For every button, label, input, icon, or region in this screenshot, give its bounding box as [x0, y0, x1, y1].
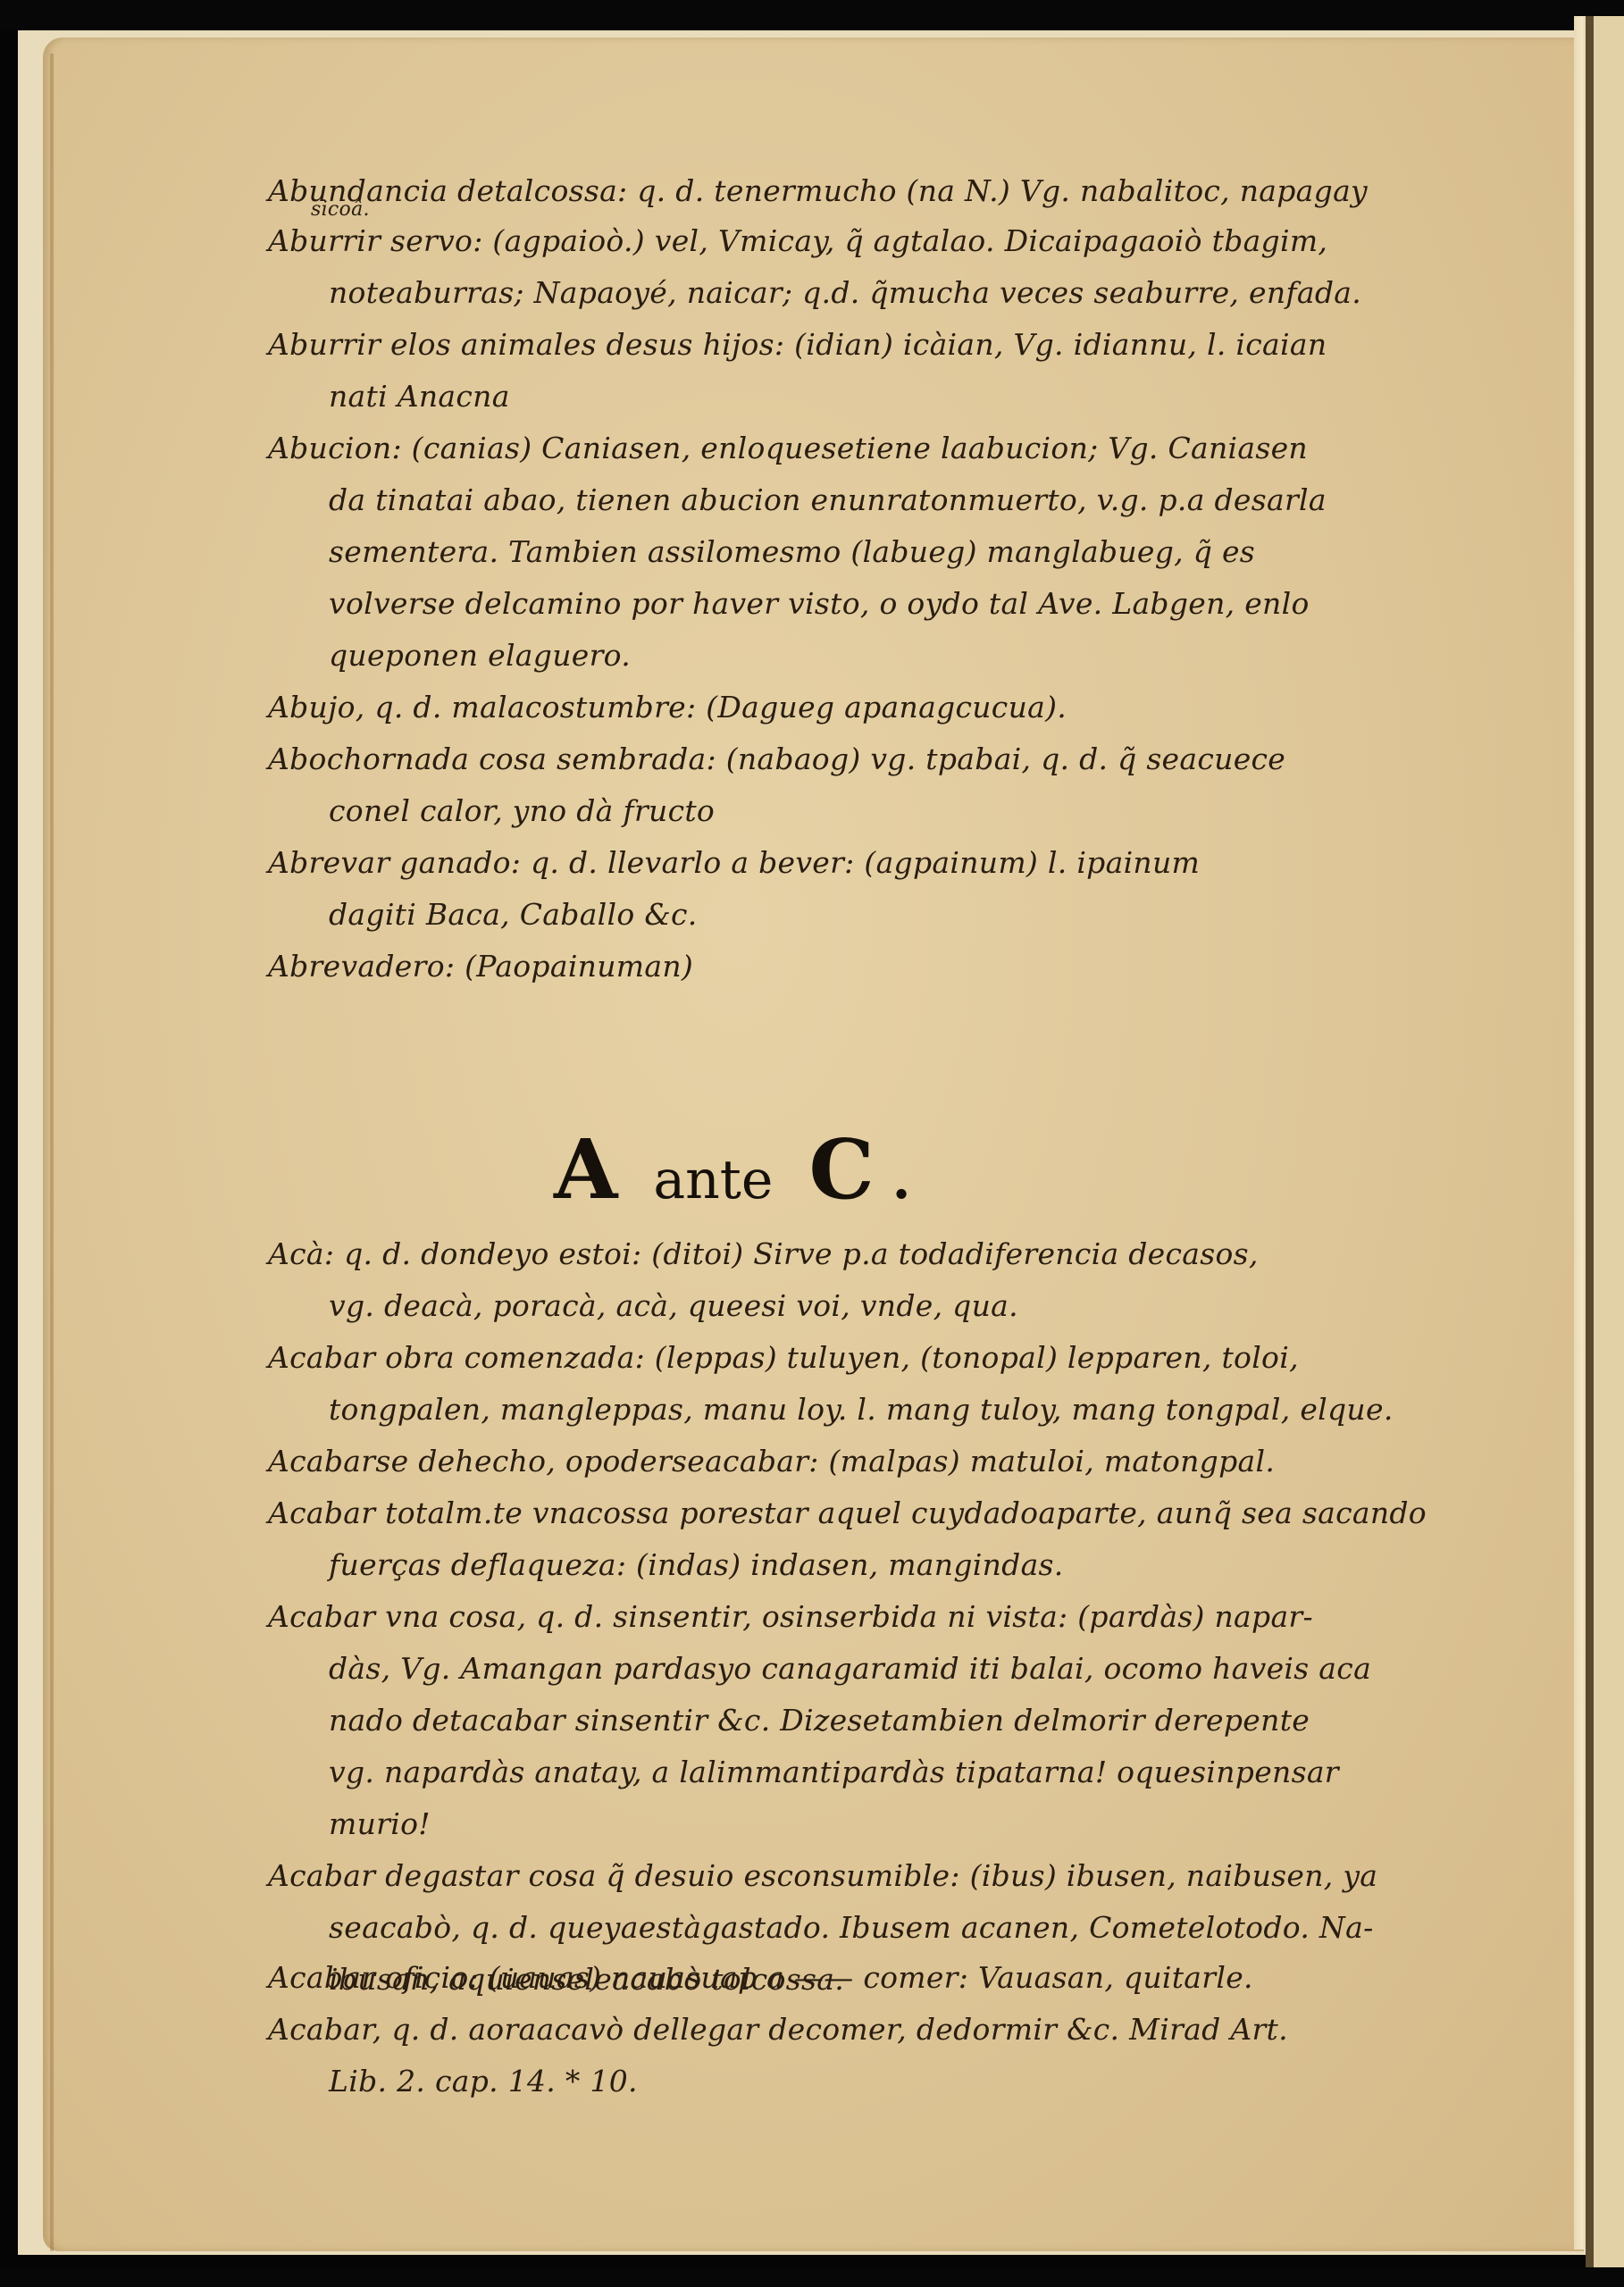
entry-line: Acabar totalm.te vnacossa porestar aquel…	[268, 1487, 1501, 1539]
heading-letter-a: A	[554, 1121, 617, 1218]
entry-line: da tinatai abao, tienen abucion enunrato…	[268, 474, 1501, 526]
heading-letter-c: C	[808, 1121, 874, 1218]
entry-line: sementera. Tambien assilomesmo (labueg) …	[268, 526, 1501, 578]
entry-line: Acabar, q. d. aoraacavò dellegar decomer…	[268, 2004, 1501, 2056]
left-margin-stain	[50, 54, 54, 2251]
entry-abochornada: Abochornada cosa sembrada: (nabaog) vg. …	[268, 733, 1501, 837]
entry-line: Aburrir servo: (agpaioò.) vel, Vmicay, q…	[268, 215, 1501, 267]
entry-line: dàs, Vg. Amangan pardasyo canagaramid it…	[268, 1643, 1501, 1695]
entry-line: Acabarse dehecho, opoderseacabar: (malpa…	[268, 1436, 1501, 1487]
entry-line: queponen elaguero.	[268, 630, 1501, 682]
entry-line: Acabar oficio: (uauas) nauasuap a —— com…	[268, 1952, 1501, 2004]
entry-abundancia: Abundancia detalcossa: q. d. tenermucho …	[268, 165, 1501, 219]
heading-word-ante: ante	[653, 1149, 773, 1211]
entry-line: nado detacabar sinsentir &c. Dizesetambi…	[268, 1695, 1501, 1747]
entries-block-ab: Abundancia detalcossa: q. d. tenermucho …	[268, 165, 1501, 993]
entry-aburrir-animales: Aburrir elos animales desus hijos: (idia…	[268, 319, 1501, 423]
entry-abucion: Abucion: (canias) Caniasen, enloquesetie…	[268, 423, 1501, 682]
heading-period: .	[892, 1149, 911, 1211]
entry-line: fuerças deflaqueza: (indas) indasen, man…	[268, 1539, 1501, 1591]
entry-line: vg. deacà, poracà, acà, queesi voi, vnde…	[268, 1280, 1501, 1332]
entry-line: murio!	[268, 1798, 1501, 1850]
entry-acabar-obra: Acabar obra comenzada: (leppas) tuluyen,…	[268, 1332, 1501, 1436]
entry-acabarse: Acabarse dehecho, opoderseacabar: (malpa…	[268, 1436, 1501, 1487]
entry-line: Aburrir elos animales desus hijos: (idia…	[268, 319, 1501, 371]
entry-line: tongpalen, mangleppas, manu loy. l. mang…	[268, 1384, 1501, 1436]
entry-acabar-oficio: Acabar oficio: (uauas) nauasuap a —— com…	[268, 1952, 1501, 2107]
scan-top-border	[0, 0, 1624, 30]
entry-line: Abujo, q. d. malacostumbre: (Dagueg apan…	[268, 682, 1501, 733]
next-page-edge	[1594, 16, 1624, 2267]
entry-line-reference: Lib. 2. cap. 14. * 10.	[268, 2056, 1501, 2107]
entry-line: volverse delcamino por haver visto, o oy…	[268, 578, 1501, 630]
entry-line: Abrevar ganado: q. d. llevarlo a bever: …	[268, 837, 1501, 889]
scan-bottom-border	[0, 2269, 1624, 2287]
entry-acabar-vna-cosa: Acabar vna cosa, q. d. sinsentir, osinse…	[268, 1591, 1501, 1850]
entry-line: conel calor, yno dà fructo	[268, 785, 1501, 837]
entry-line: Acà: q. d. dondeyo estoi: (ditoi) Sirve …	[268, 1228, 1501, 1280]
entry-line: Acabar obra comenzada: (leppas) tuluyen,…	[268, 1332, 1501, 1384]
entries-block-ac: Acà: q. d. dondeyo estoi: (ditoi) Sirve …	[268, 1228, 1501, 2006]
entry-line: Abundancia detalcossa: q. d. tenermucho …	[268, 165, 1501, 217]
entry-abrevadero: Abrevadero: (Paopainuman)	[268, 941, 1501, 993]
entry-line: nati Anacna	[268, 371, 1501, 423]
entry-aburrir-servo: Aburrir servo: (agpaioò.) vel, Vmicay, q…	[268, 215, 1501, 319]
entry-abrevar: Abrevar ganado: q. d. llevarlo a bever: …	[268, 837, 1501, 941]
entry-acabar-totalmente: Acabar totalm.te vnacossa porestar aquel…	[268, 1487, 1501, 1591]
entry-abujo: Abujo, q. d. malacostumbre: (Dagueg apan…	[268, 682, 1501, 733]
entry-line: noteaburras; Napaoyé, naicar; q.d. q̃muc…	[268, 267, 1501, 319]
entry-line: Abrevadero: (Paopainuman)	[268, 941, 1501, 993]
section-heading: AanteC.	[554, 1121, 911, 1218]
entry-line: Abochornada cosa sembrada: (nabaog) vg. …	[268, 733, 1501, 785]
entry-line: dagiti Baca, Caballo &c.	[268, 889, 1501, 941]
entries-block-ac-continued: Acabar oficio: (uauas) nauasuap a —— com…	[268, 1952, 1501, 2107]
entry-line: Abucion: (canias) Caniasen, enloquesetie…	[268, 423, 1501, 474]
entry-line: seacabò, q. d. queyaestàgastado. Ibusem …	[268, 1902, 1501, 1954]
entry-line: Acabar degastar cosa q̃ desuio esconsumi…	[268, 1850, 1501, 1902]
entry-line: Acabar vna cosa, q. d. sinsentir, osinse…	[268, 1591, 1501, 1643]
entry-aca: Acà: q. d. dondeyo estoi: (ditoi) Sirve …	[268, 1228, 1501, 1332]
binding-gutter	[1586, 16, 1594, 2267]
entry-line: vg. napardàs anatay, a lalimmantipardàs …	[268, 1747, 1501, 1798]
